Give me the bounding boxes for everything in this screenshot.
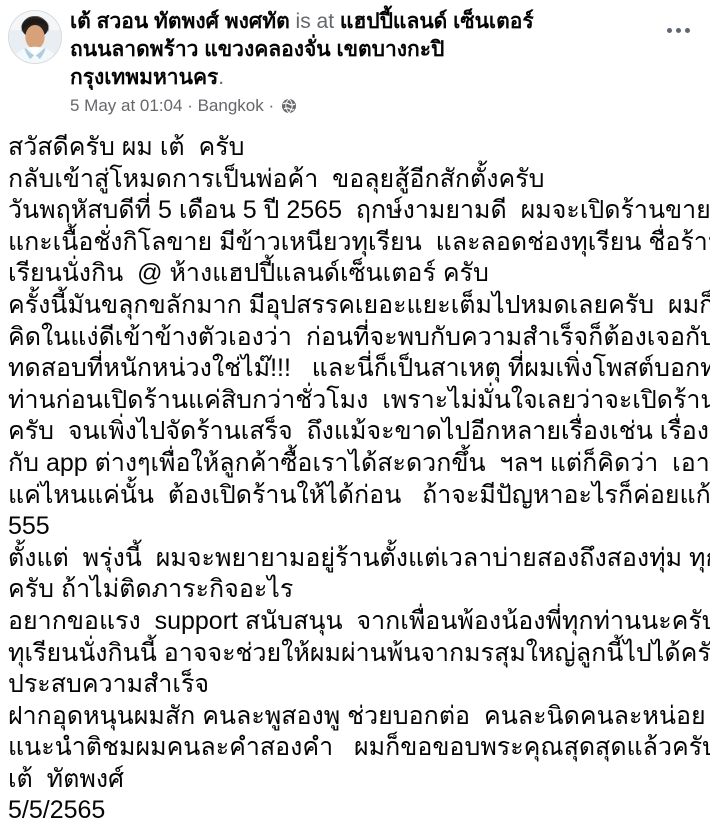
- location-link[interactable]: แฮปปี้แลนด์ เซ็นเตอร์: [340, 10, 534, 33]
- author-name[interactable]: เต้ สวอน ทัตพงศ์ พงศทัต: [70, 10, 290, 33]
- ellipsis-icon: [685, 28, 690, 33]
- timestamp[interactable]: 5 May at 01:04: [70, 95, 182, 117]
- location-link[interactable]: ถนนลาดพร้าว แขวงคลองจั่น เขตบางกะปิ: [70, 38, 444, 61]
- facebook-post: เต้ สวอน ทัตพงศ์ พงศทัต is at แฮปปี้แลนด…: [0, 0, 710, 835]
- dot-separator: ·: [182, 95, 197, 117]
- post-text-line: คิดในแง่ดีเข้าข้างตัวเองว่า ก่อนที่จะพบก…: [8, 322, 702, 354]
- post-header: เต้ สวอน ทัตพงศ์ พงศทัต is at แฮปปี้แลนด…: [0, 0, 710, 117]
- header-line-2: ถนนลาดพร้าว แขวงคลองจั่น เขตบางกะปิ: [70, 36, 534, 64]
- post-text-line: เต้ ทัตพงศ์: [8, 764, 702, 796]
- ellipsis-icon: [667, 28, 672, 33]
- post-text-line: 5/5/2565: [8, 795, 702, 827]
- post-text-line: ครั้งนี้มันขลุกขลักมาก มีอุปสรรคเยอะแยะเ…: [8, 290, 702, 322]
- avatar-photo: [9, 11, 61, 63]
- post-text-line: ครับ จนเพิ่งไปจัดร้านเสร็จ ถึงแม้จะขาดไป…: [8, 416, 702, 448]
- post-meta: 5 May at 01:04 · Bangkok ·: [70, 95, 534, 117]
- header-line-3: กรุงเทพมหานคร.: [70, 64, 534, 92]
- post-text-line: แนะนำติชมผมคนละคำสองคำ ผมก็ขอขอบพระคุณสุ…: [8, 732, 702, 764]
- post-text-line: ครับ ถ้าไม่ติดภาระกิจอะไร: [8, 574, 702, 606]
- post-body: สวัสดีครับ ผม เต้ ครับกลับเข้าสู่โหมดการ…: [0, 132, 710, 827]
- post-text-line: วันพฤหัสบดีที่ 5 เดือน 5 ปี 2565 ฤกษ์งาม…: [8, 195, 702, 227]
- place-link[interactable]: Bangkok: [198, 95, 264, 117]
- location-link[interactable]: กรุงเทพมหานคร: [70, 66, 218, 89]
- post-header-text: เต้ สวอน ทัตพงศ์ พงศทัต is at แฮปปี้แลนด…: [70, 8, 534, 117]
- post-text-line: สวัสดีครับ ผม เต้ ครับ: [8, 132, 702, 164]
- post-menu-button[interactable]: [665, 22, 692, 39]
- post-text-line: ประสบความสำเร็จ: [8, 669, 702, 701]
- post-text-line: แกะเนื้อชั่งกิโลขาย มีข้าวเหนียวทุเรียน …: [8, 227, 702, 259]
- ellipsis-icon: [676, 28, 681, 33]
- post-text-line: ทุเรียนนั่งกินนี้ อาจจะช่วยให้ผมผ่านพ้นจ…: [8, 638, 702, 670]
- globe-public-icon: [281, 98, 297, 114]
- dot-separator: ·: [264, 95, 279, 117]
- is-at-text: is at: [290, 10, 340, 33]
- post-text-line: กับ app ต่างๆเพื่อให้ลูกค้าซื้อเราได้สะด…: [8, 448, 702, 480]
- post-text-line: กลับเข้าสู่โหมดการเป็นพ่อค้า ขอลุยสู้อีก…: [8, 164, 702, 196]
- post-text-line: ท่านก่อนเปิดร้านแค่สิบกว่าชั่วโมง เพราะไ…: [8, 385, 702, 417]
- avatar[interactable]: [8, 10, 62, 64]
- post-text-line: ฝากอุดหนุนผมสัก คนละพูสองพู ช่วยบอกต่อ ค…: [8, 701, 702, 733]
- post-text-line: ทดสอบที่หนักหน่วงใช่ไม๊!!! และนี่ก็เป็นส…: [8, 353, 702, 385]
- post-text-line: เรียนนั่งกิน @ ห้างแฮปปี้แลนด์เซ็นเตอร์ …: [8, 258, 702, 290]
- post-text-line: อยากขอแรง support สนับสนุน จากเพื่อนพ้อง…: [8, 606, 702, 638]
- location-period: .: [218, 66, 224, 89]
- post-text-line: ตั้งแต่ พรุ่งนี้ ผมจะพยายามอยู่ร้านตั้งแ…: [8, 543, 702, 575]
- post-text-line: 555: [8, 511, 702, 543]
- header-line-1: เต้ สวอน ทัตพงศ์ พงศทัต is at แฮปปี้แลนด…: [70, 8, 534, 36]
- post-text-line: แค่ไหนแค่นั้น ต้องเปิดร้านให้ได้ก่อน ถ้า…: [8, 480, 702, 512]
